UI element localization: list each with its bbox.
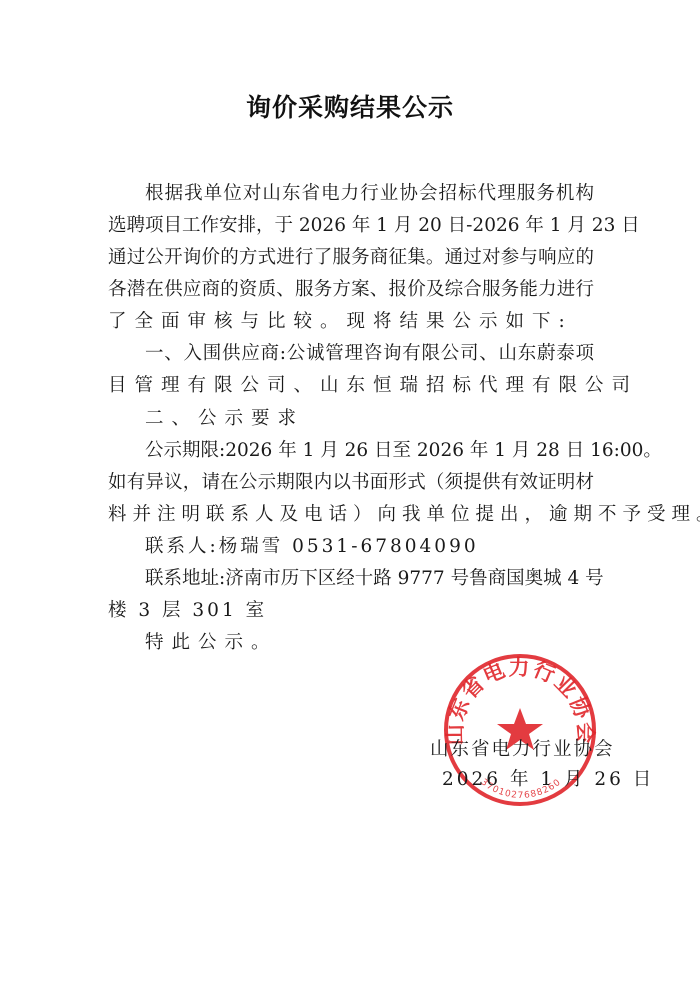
paragraph-intro-line-4: 各潜在供应商的资质、服务方案、报价及综合服务能力进行	[108, 279, 594, 301]
signature-organization: 山东省电力行业协会	[430, 735, 615, 761]
publicity-period-line-3: 料并注明联系人及电话）向我单位提出，逾期不予受理。	[108, 504, 700, 526]
section-1-suppliers-line-2: 目管理有限公司、山东恒瑞招标代理有限公司	[108, 375, 638, 397]
closing-statement: 特此公示。	[145, 632, 278, 654]
contact-address-line-1: 联系地址:济南市历下区经十路 9777 号鲁商国奥城 4 号	[145, 568, 594, 590]
paragraph-intro-line-2: 选聘项目工作安排，于 2026 年 1 月 20 日-2026 年 1 月 23…	[108, 215, 594, 237]
paragraph-intro-line-1: 根据我单位对山东省电力行业协会招标代理服务机构	[145, 183, 594, 205]
signature-date: 2026 年 1 月 26 日	[442, 765, 654, 791]
paragraph-intro-line-3: 通过公开询价的方式进行了服务商征集。通过对参与响应的	[108, 247, 594, 269]
contact-address-line-2: 楼 3 层 301 室	[108, 600, 267, 622]
section-1-suppliers-line-1: 一、入围供应商:公诚管理咨询有限公司、山东蔚泰项	[145, 343, 594, 365]
contact-person: 联系人:杨瑞雪 0531-67804090	[145, 536, 479, 558]
section-2-heading: 二、公示要求	[145, 408, 304, 430]
paragraph-intro-line-5: 了全面审核与比较。现将结果公示如下:	[108, 311, 573, 333]
publicity-period-line-2: 如有异议，请在公示期限内以书面形式（须提供有效证明材	[108, 472, 594, 494]
publicity-period-line-1: 公示期限:2026 年 1 月 26 日至 2026 年 1 月 28 日 16…	[145, 440, 594, 462]
document-title: 询价采购结果公示	[0, 88, 700, 124]
